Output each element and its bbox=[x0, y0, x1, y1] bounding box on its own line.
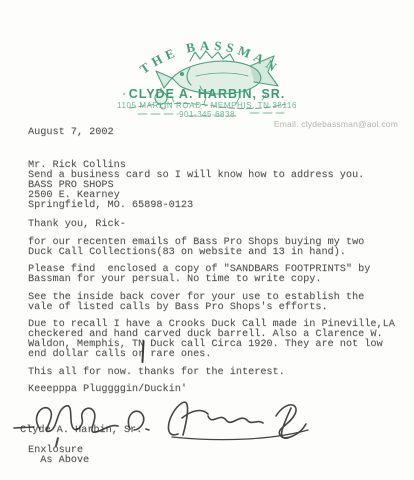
letterhead-name: CLYDE A. HARBIN, SR. bbox=[0, 87, 414, 101]
enclosure-note: Enxlosure As Above bbox=[28, 446, 89, 466]
paragraph-thanks: This all for now. thanks for the interes… bbox=[28, 368, 398, 378]
letter-body: Thank you, Rick- for our recenten emails… bbox=[28, 220, 398, 403]
letterhead-address: 1105 MARLIN ROAD • MEMPHIS, TN 38116 bbox=[0, 101, 414, 110]
scanned-letter-page: THE BASSMAN bbox=[0, 0, 414, 480]
letter-date: August 7, 2002 bbox=[28, 128, 114, 138]
handwritten-signature bbox=[10, 394, 322, 446]
paragraph-enclosed-copy: Please find enclosed a copy of "SANDBARS… bbox=[28, 265, 398, 285]
letterhead-phone: 901-345-6838 bbox=[0, 110, 414, 119]
recipient-address-block: Mr. Rick Collins Send a business card so… bbox=[28, 161, 364, 211]
letterhead-email: Email: clydebassman@aol.com bbox=[274, 119, 398, 129]
paragraph-emails: for our recenten emails of Bass Pro Shop… bbox=[28, 238, 398, 258]
paragraph-duck-calls: Due to recall I have a Crooks Duck Call … bbox=[28, 320, 398, 360]
paragraph-back-cover: See the inside back cover for your use t… bbox=[28, 293, 398, 313]
paragraph-salutation: Thank you, Rick- bbox=[28, 220, 398, 230]
